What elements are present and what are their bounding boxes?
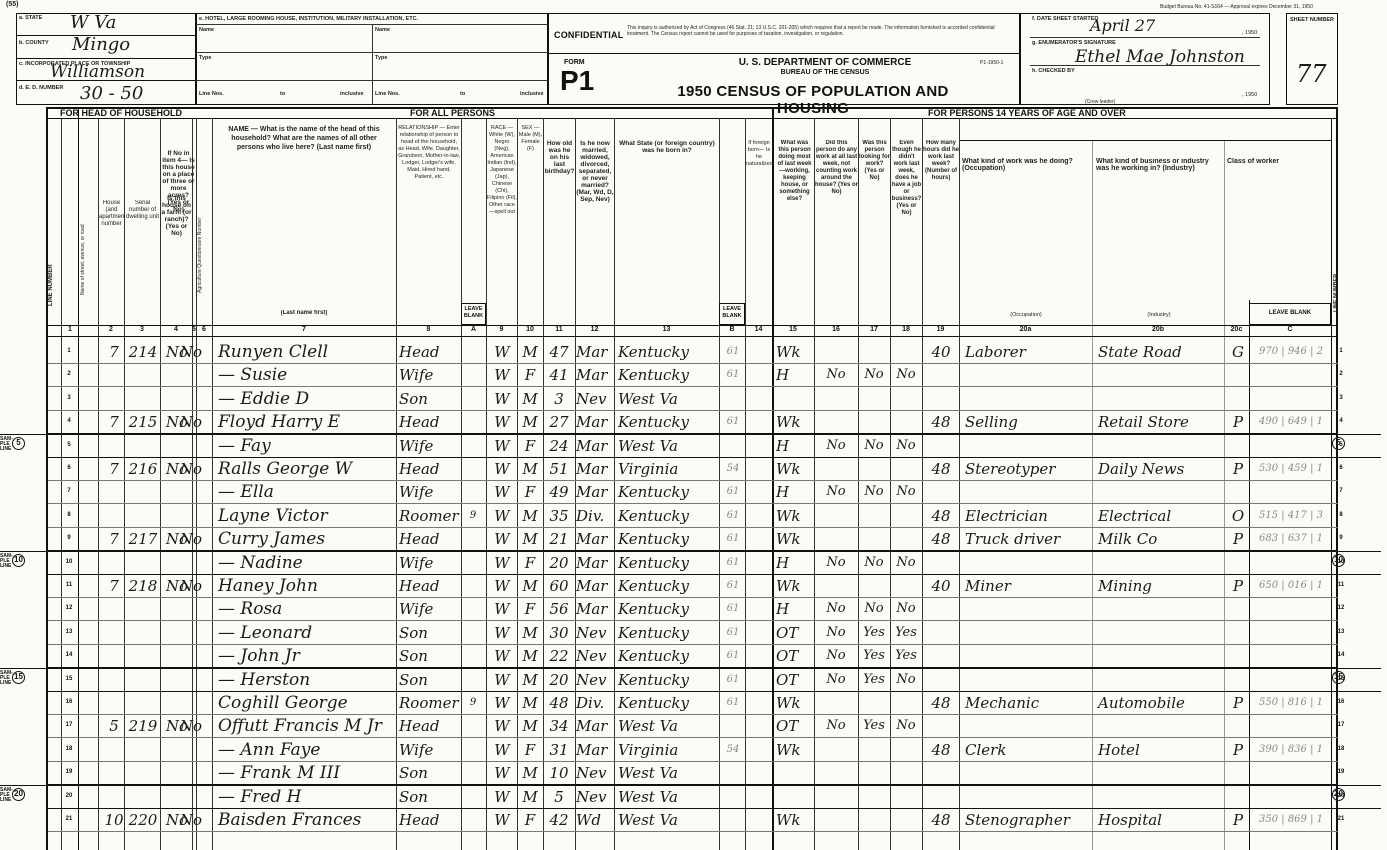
cell-name: — Susie (218, 363, 396, 385)
cell-race: W (488, 387, 516, 409)
cell-activity: OT (776, 644, 812, 666)
cell-hours: 40 (924, 574, 958, 596)
cell-birthplace: Kentucky (618, 480, 718, 502)
cell-race: W (488, 597, 516, 619)
cell-birthplace: West Va (618, 808, 718, 830)
cell-code: 54 (722, 738, 744, 760)
table-row: 117214NoNoRunyen ClellHeadWM47MarKentuck… (0, 340, 1387, 362)
cell-worked: No (815, 551, 857, 573)
line-number: 20 (62, 793, 76, 799)
cell-birthplace: Kentucky (618, 621, 718, 643)
enumerator-signature: Ethel Mae Johnston (1075, 47, 1245, 67)
cell-age: 27 (544, 410, 574, 432)
cell-sex: M (518, 785, 542, 807)
cell-code: 61 (722, 551, 744, 573)
cell-class: P (1228, 410, 1248, 432)
line-number-right: 19 (1334, 769, 1348, 775)
table-row: 667216NoNoRalls George WHeadWM51MarVirgi… (0, 457, 1387, 479)
cell-sex: F (518, 738, 542, 760)
cell-age: 56 (544, 597, 574, 619)
cell-birthplace: Virginia (618, 457, 718, 479)
cell-acres: No (176, 714, 206, 736)
col-age: How old was he on his last birthday? (544, 140, 575, 175)
sample-line-marker-right: 5 (1332, 437, 1345, 450)
col-class-of-worker: Class of worker (1227, 158, 1327, 165)
cell-activity: OT (776, 714, 812, 736)
cell-looking: No (859, 363, 889, 385)
cell-sex: M (518, 527, 542, 549)
cell-race: W (488, 785, 516, 807)
cell-class: P (1228, 691, 1248, 713)
cell-job: No (891, 668, 921, 690)
cell-birthplace: Virginia (618, 738, 718, 760)
cell-job: Yes (891, 644, 921, 666)
cell-occupation: Stereotyper (965, 457, 1090, 479)
cell-marital: Mar (576, 434, 614, 456)
cell-rel: Roomer (399, 504, 459, 526)
cell-hours: 48 (924, 527, 958, 549)
cell-house: 7 (103, 574, 125, 596)
cell-race: W (488, 340, 516, 362)
cell-race: W (488, 644, 516, 666)
cell-activity: OT (776, 668, 812, 690)
cell-race: W (488, 761, 516, 783)
col-name: NAME — What is the name of the head of t… (218, 125, 390, 152)
cell-race: W (488, 480, 516, 502)
cell-rel: Son (399, 621, 459, 643)
cell-industry: Retail Store (1098, 410, 1222, 432)
table-row: 77— EllaWifeWF49MarKentucky61HNoNoNo (0, 480, 1387, 502)
cell-marital: Mar (576, 574, 614, 596)
cell-activity: H (776, 551, 812, 573)
col-line-number-right: LINE NUMBER (1333, 260, 1345, 325)
cell-birthplace: Kentucky (618, 340, 718, 362)
cell-marital: Mar (576, 527, 614, 549)
county-label: b. COUNTY (19, 40, 49, 46)
cell-race: W (488, 410, 516, 432)
col-has-job: Even though he didn't work last week, do… (891, 140, 922, 217)
cell-rel: Head (399, 527, 459, 549)
cell-age: 47 (544, 340, 574, 362)
col-house-number: House (and apartment) number (99, 200, 124, 228)
cell-age: 21 (544, 527, 574, 549)
date-value: April 27 (1090, 16, 1155, 35)
line-number: 7 (62, 488, 76, 494)
crew-leader-label: (Crew leader) (1085, 99, 1115, 105)
cell-race: W (488, 574, 516, 596)
line-number-right: 13 (1334, 629, 1348, 635)
leave-blank-b: LEAVE BLANK (719, 303, 745, 325)
sheet-value: 77 (1296, 60, 1327, 88)
cell-marital: Nev (576, 387, 614, 409)
cell-birthplace: West Va (618, 387, 718, 409)
cell-marital: Nev (576, 785, 614, 807)
cell-occupation: Truck driver (965, 527, 1090, 549)
cell-acres: No (176, 527, 206, 549)
cell-rel: Head (399, 410, 459, 432)
line-number: 4 (62, 418, 76, 424)
cell-race: W (488, 527, 516, 549)
table-row: 2020SAM-PLELINE2020— Fred HSonWM5NevWest… (0, 785, 1387, 807)
cell-name: Curry James (218, 527, 396, 549)
form-number: P1 (560, 66, 594, 96)
cell-looking: Yes (859, 714, 889, 736)
ed-label: d. E. D. NUMBER (19, 85, 63, 91)
cell-sex: M (518, 668, 542, 690)
cell-activity: Wk (776, 504, 812, 526)
cell-sex: M (518, 714, 542, 736)
cell-marital: Mar (576, 410, 614, 432)
leave-blank-a: LEAVE BLANK (461, 303, 486, 325)
cell-sex: M (518, 340, 542, 362)
cell-serial: 220 (126, 808, 160, 830)
bureau-name: BUREAU OF THE CENSUS (700, 69, 950, 76)
industry-footer: (Industry) (1096, 312, 1222, 319)
cell-codes: 350 | 869 | 1 (1251, 808, 1331, 830)
cell-age: 34 (544, 714, 574, 736)
line-number-right: 3 (1334, 395, 1348, 401)
cell-marital: Mar (576, 340, 614, 362)
year-suffix: , 1950 (1242, 30, 1257, 36)
cell-rel: Head (399, 714, 459, 736)
cell-race: W (488, 434, 516, 456)
cell-sex: M (518, 387, 542, 409)
table-row: 1313— LeonardSonWM30NevKentucky61OTNoYes… (0, 621, 1387, 643)
cell-activity: Wk (776, 527, 812, 549)
cell-occupation: Miner (965, 574, 1090, 596)
cell-race: W (488, 457, 516, 479)
line-number-right: 6 (1334, 465, 1348, 471)
col-acres: If No in item 4— Is this house on a plac… (162, 150, 195, 213)
cell-hours: 48 (924, 410, 958, 432)
sample-line-marker-right: 15 (1332, 671, 1345, 684)
cell-industry: State Road (1098, 340, 1222, 362)
cell-sex: F (518, 551, 542, 573)
cell-worked: No (815, 597, 857, 619)
cell-code: 61 (722, 597, 744, 619)
col-marital: Is he now married, widowed, divorced, se… (576, 140, 614, 203)
cell-hours: 48 (924, 808, 958, 830)
cell-rel: Wife (399, 434, 459, 456)
cell-age: 30 (544, 621, 574, 643)
cell-birthplace: Kentucky (618, 504, 718, 526)
col-relationship: RELATIONSHIP — Enter relationship of per… (398, 125, 460, 181)
cell-codes: 515 | 417 | 3 (1251, 504, 1331, 526)
cell-activity: Wk (776, 410, 812, 432)
table-row: 11117218NoNoHaney JohnHeadWM60MarKentuck… (0, 574, 1387, 596)
cell-code: 61 (722, 691, 744, 713)
table-row: 1212— RosaWifeWF56MarKentucky61HNoNoNo (0, 597, 1387, 619)
enumerator-label: g. ENUMERATOR'S SIGNATURE (1032, 40, 1116, 46)
cell-activity: Wk (776, 738, 812, 760)
cell-looking: Yes (859, 621, 889, 643)
line-nos-label-2: Line Nos. (375, 91, 400, 97)
cell-name: — Ann Faye (218, 738, 396, 760)
cell-hours: 48 (924, 691, 958, 713)
cell-name: Floyd Harry E (218, 410, 396, 432)
col-serial-number: Serial number of dwelling unit (125, 200, 160, 221)
cell-name: — Nadine (218, 551, 396, 573)
cell-sex: M (518, 574, 542, 596)
cell-age: 20 (544, 668, 574, 690)
cell-sex: M (518, 621, 542, 643)
cell-activity: OT (776, 621, 812, 643)
cell-job: No (891, 480, 921, 502)
cell-looking: No (859, 480, 889, 502)
cell-code: 61 (722, 504, 744, 526)
cell-name: Runyen Clell (218, 340, 396, 362)
cell-occupation: Mechanic (965, 691, 1090, 713)
col-naturalized: If foreign born— Is he naturalized? (746, 140, 772, 168)
county-value: Mingo (72, 34, 130, 55)
cell-activity: Wk (776, 691, 812, 713)
cell-occupation: Electrician (965, 504, 1090, 526)
cell-name: — Ella (218, 480, 396, 502)
cell-birthplace: Kentucky (618, 527, 718, 549)
cell-activity: H (776, 363, 812, 385)
cell-acres: No (176, 457, 206, 479)
cell-name: — Eddie D (218, 387, 396, 409)
cell-code: 61 (722, 363, 744, 385)
cell-rel: Son (399, 387, 459, 409)
cell-acres: No (176, 574, 206, 596)
cell-birthplace: Kentucky (618, 644, 718, 666)
cell-age: 60 (544, 574, 574, 596)
line-number-right: 11 (1334, 582, 1348, 588)
table-row: 447215NoNoFloyd Harry EHeadWM27MarKentuc… (0, 410, 1387, 432)
cell-class: P (1228, 527, 1248, 549)
line-number: 19 (62, 769, 76, 775)
cell-class: P (1228, 457, 1248, 479)
section-all-persons: FOR ALL PERSONS (410, 108, 495, 118)
cell-hours: 48 (924, 504, 958, 526)
cell-marital: Div. (576, 504, 614, 526)
cell-class: P (1228, 738, 1248, 760)
sample-line-marker: SAM-PLELINE5 (0, 437, 30, 452)
sheet-number-box (1286, 13, 1338, 105)
cell-name: Ralls George W (218, 457, 396, 479)
cell-activity: Wk (776, 808, 812, 830)
line-number-right: 17 (1334, 722, 1348, 728)
cell-hours: 40 (924, 340, 958, 362)
cell-sex: M (518, 457, 542, 479)
cell-age: 22 (544, 644, 574, 666)
cell-worked: No (815, 480, 857, 502)
cell-looking: Yes (859, 644, 889, 666)
cell-age: 41 (544, 363, 574, 385)
cell-codes: 490 | 649 | 1 (1251, 410, 1331, 432)
sample-line-marker-right: 20 (1332, 788, 1345, 801)
cell-activity: Wk (776, 574, 812, 596)
cell-birthplace: Kentucky (618, 410, 718, 432)
cell-age: 51 (544, 457, 574, 479)
cell-name: — Leonard (218, 621, 396, 643)
sheet-label: SHEET NUMBER (1290, 17, 1334, 23)
cell-name: Layne Victor (218, 504, 396, 526)
state-value: W Va (70, 12, 116, 33)
line-number: 13 (62, 629, 76, 635)
cell-code: 61 (722, 480, 744, 502)
cell-job: No (891, 551, 921, 573)
line-number: 18 (62, 746, 76, 752)
col-sex: SEX — Male (M), Female (F) (518, 125, 543, 153)
cell-codes: 550 | 816 | 1 (1251, 691, 1331, 713)
cell-name: — Fred H (218, 785, 396, 807)
cell-industry: Hospital (1098, 808, 1222, 830)
cell-codes: 650 | 016 | 1 (1251, 574, 1331, 596)
col-activity: What was this person doing most of last … (775, 140, 814, 203)
cell-rel: Son (399, 785, 459, 807)
cell-job: No (891, 434, 921, 456)
cell-blankA: 9 (462, 691, 484, 713)
sample-line-marker: SAM-PLELINE15 (0, 671, 30, 686)
hotel-type-label: Type (199, 55, 211, 61)
leave-blank-c: LEAVE BLANK (1249, 303, 1331, 325)
cell-marital: Mar (576, 457, 614, 479)
cell-codes: 683 | 637 | 1 (1251, 527, 1331, 549)
to-label: to (280, 91, 285, 97)
cell-worked: No (815, 644, 857, 666)
cell-birthplace: Kentucky (618, 597, 718, 619)
cell-code: 61 (722, 668, 744, 690)
cell-name: — Fay (218, 434, 396, 456)
page-marker: (55) (6, 2, 18, 8)
cell-class: P (1228, 808, 1248, 830)
cell-sex: M (518, 504, 542, 526)
cell-code: 61 (722, 574, 744, 596)
cell-serial: 218 (126, 574, 160, 596)
cell-race: W (488, 668, 516, 690)
cell-house: 7 (103, 457, 125, 479)
line-number-right: 18 (1334, 746, 1348, 752)
occupation-footer: (Occupation) (962, 312, 1090, 319)
hotel-label: e. HOTEL, LARGE ROOMING HOUSE, INSTITUTI… (199, 16, 418, 22)
cell-age: 42 (544, 808, 574, 830)
line-number-right: 9 (1334, 535, 1348, 541)
cell-house: 10 (103, 808, 125, 830)
line-number-right: 2 (1334, 371, 1348, 377)
line-number: 2 (62, 371, 76, 377)
line-number-right: 14 (1334, 652, 1348, 658)
cell-birthplace: Kentucky (618, 363, 718, 385)
cell-occupation: Selling (965, 410, 1090, 432)
cell-sex: M (518, 761, 542, 783)
table-row: 1515SAM-PLELINE1515— HerstonSonWM20NevKe… (0, 668, 1387, 690)
cell-occupation: Laborer (965, 340, 1090, 362)
cell-race: W (488, 551, 516, 573)
table-row: 212110220NoNoBaisden FrancesHeadWF42WdWe… (0, 808, 1387, 830)
cell-code: 54 (722, 457, 744, 479)
cell-code: 61 (722, 527, 744, 549)
cell-birthplace: West Va (618, 714, 718, 736)
cell-codes: 530 | 459 | 1 (1251, 457, 1331, 479)
cell-looking: No (859, 551, 889, 573)
cell-rel: Son (399, 668, 459, 690)
cell-race: W (488, 714, 516, 736)
cell-class: O (1228, 504, 1248, 526)
cell-rel: Wife (399, 738, 459, 760)
cell-age: 20 (544, 551, 574, 573)
cell-looking: No (859, 434, 889, 456)
hotel-type-label-2: Type (375, 55, 387, 61)
cell-race: W (488, 504, 516, 526)
cell-name: Coghill George (218, 691, 396, 713)
cell-name: Offutt Francis M Jr (218, 714, 396, 736)
line-number-right: 1 (1334, 348, 1348, 354)
cell-name: — John Jr (218, 644, 396, 666)
place-value: Williamson (50, 62, 145, 82)
cell-code: 61 (722, 621, 744, 643)
cell-name: — Rosa (218, 597, 396, 619)
table-row: 1616Coghill GeorgeRoomer9WM48Div.Kentuck… (0, 691, 1387, 713)
line-number-right: 8 (1334, 512, 1348, 518)
cell-rel: Wife (399, 363, 459, 385)
cell-age: 49 (544, 480, 574, 502)
cell-birthplace: Kentucky (618, 551, 718, 573)
col-birthplace: What State (or foreign country) was he b… (618, 140, 716, 154)
line-number: 6 (62, 465, 76, 471)
cell-serial: 219 (126, 714, 160, 736)
cell-house: 7 (103, 527, 125, 549)
dept-name: U. S. DEPARTMENT OF COMMERCE (700, 57, 950, 68)
line-number-right: 21 (1334, 816, 1348, 822)
table-row: 1414— John JrSonWM22NevKentucky61OTNoYes… (0, 644, 1387, 666)
line-number: 9 (62, 535, 76, 541)
line-number: 14 (62, 652, 76, 658)
cell-rel: Son (399, 644, 459, 666)
cell-marital: Nev (576, 644, 614, 666)
cell-rel: Head (399, 340, 459, 362)
cell-marital: Div. (576, 691, 614, 713)
sample-line-marker: SAM-PLELINE20 (0, 788, 30, 803)
cell-birthplace: Kentucky (618, 574, 718, 596)
cell-hours: 48 (924, 738, 958, 760)
cell-house: 5 (103, 714, 125, 736)
cell-worked: No (815, 434, 857, 456)
cell-rel: Roomer (399, 691, 459, 713)
cell-race: W (488, 621, 516, 643)
cell-industry: Milk Co (1098, 527, 1222, 549)
cell-industry: Electrical (1098, 504, 1222, 526)
cell-hours: 48 (924, 457, 958, 479)
cell-sex: M (518, 691, 542, 713)
cell-rel: Wife (399, 597, 459, 619)
cell-marital: Nev (576, 761, 614, 783)
cell-birthplace: West Va (618, 434, 718, 456)
budget-note: Budget Bureau No. 41-S164 — Approval exp… (1160, 4, 1313, 10)
cell-worked: No (815, 363, 857, 385)
cell-job: No (891, 363, 921, 385)
line-number: 8 (62, 512, 76, 518)
col-hours: How many hours did he work last week? (N… (923, 140, 959, 182)
cell-sex: F (518, 597, 542, 619)
cell-marital: Mar (576, 714, 614, 736)
cell-sex: F (518, 363, 542, 385)
cell-marital: Mar (576, 480, 614, 502)
line-number: 12 (62, 605, 76, 611)
line-number: 5 (62, 442, 76, 448)
line-number-right: 12 (1334, 605, 1348, 611)
date-label: f. DATE SHEET STARTED (1032, 16, 1098, 22)
cell-activity: H (776, 480, 812, 502)
cell-race: W (488, 363, 516, 385)
cell-marital: Nev (576, 621, 614, 643)
cell-marital: Mar (576, 738, 614, 760)
cell-name: — Frank M III (218, 761, 396, 783)
cell-industry: Mining (1098, 574, 1222, 596)
cell-rel: Son (399, 761, 459, 783)
cell-blankA: 9 (462, 504, 484, 526)
